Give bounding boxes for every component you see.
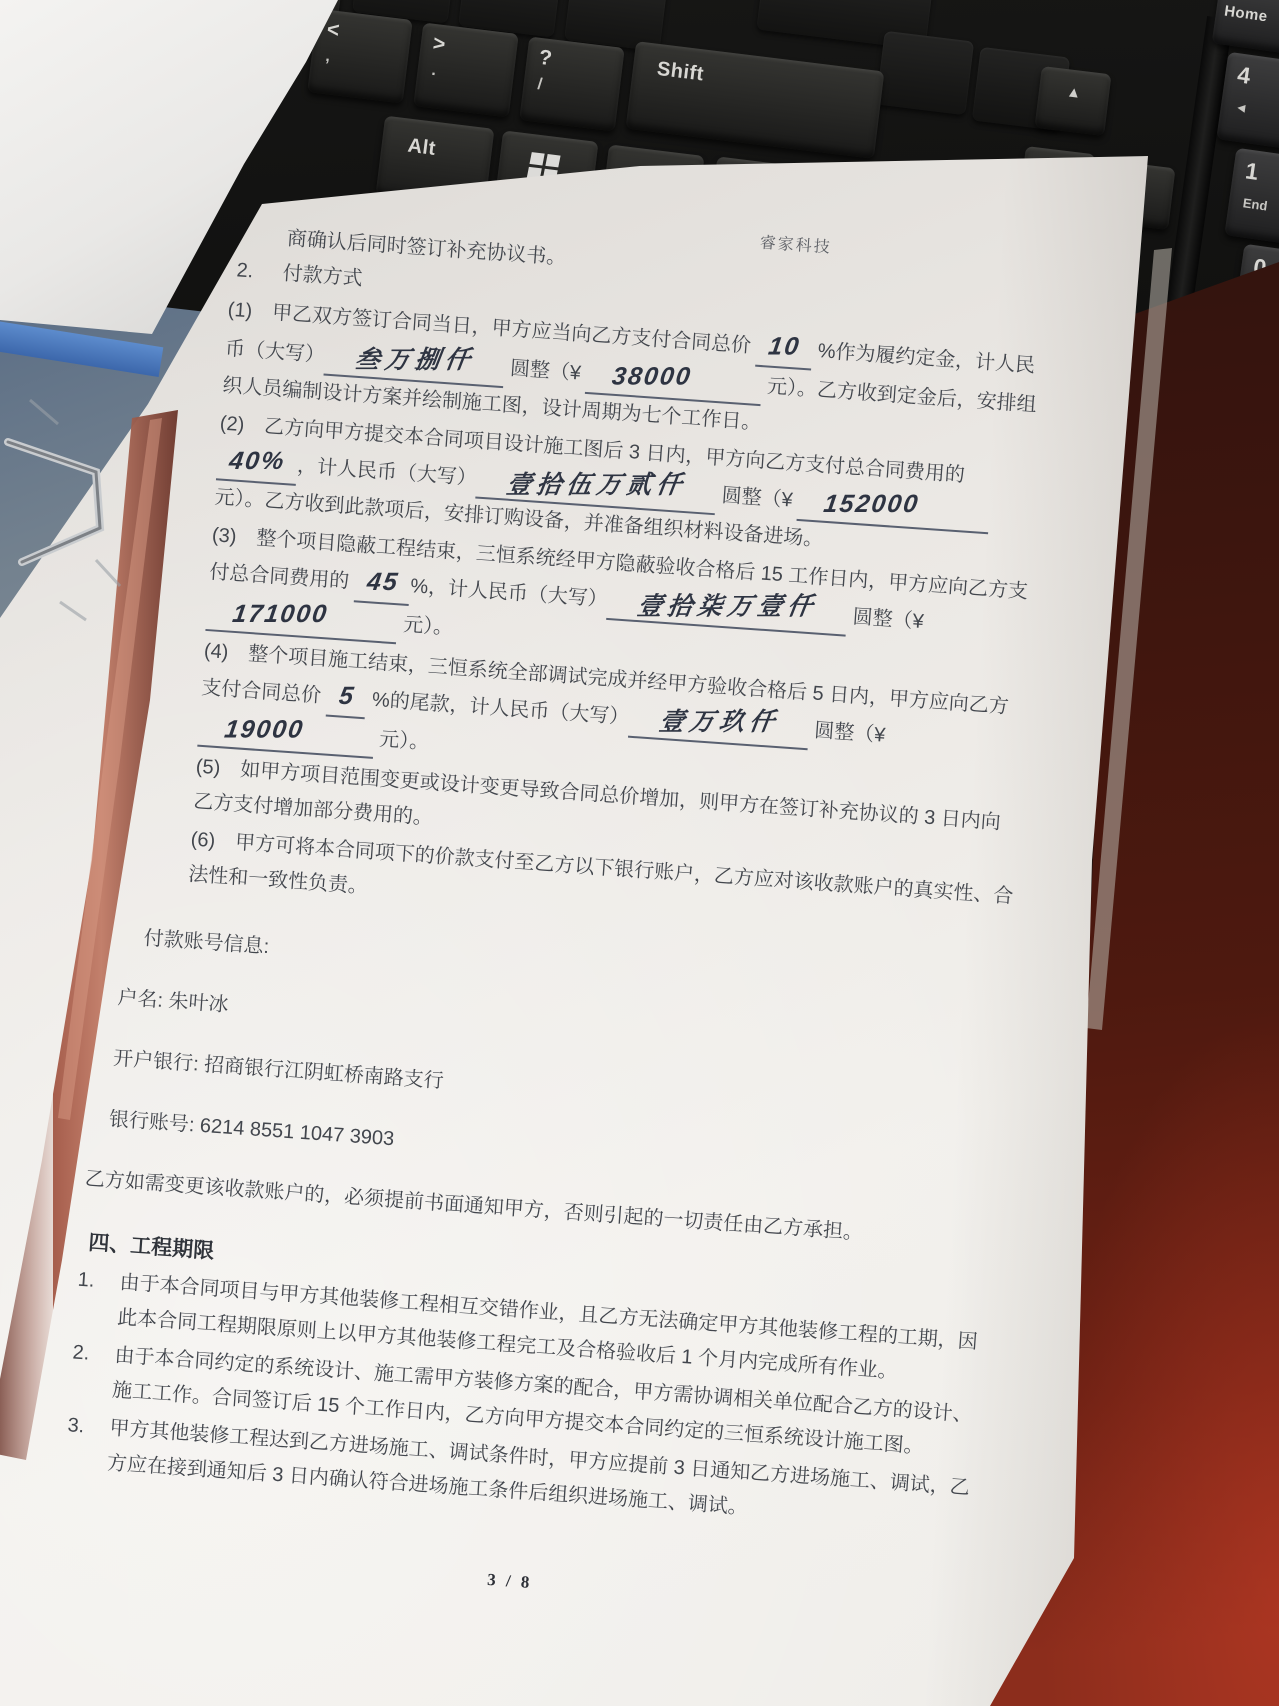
clause-marker: (6) bbox=[190, 828, 216, 852]
handwritten-value: 壹拾柒万壹仟 bbox=[606, 581, 848, 637]
clause-marker: (1) bbox=[227, 299, 253, 323]
clause-marker: (4) bbox=[203, 640, 229, 664]
handwritten-value: 40% bbox=[216, 441, 299, 485]
keyboard-key-blank bbox=[876, 31, 974, 115]
key-slash: ? / bbox=[519, 36, 625, 131]
clause-marker: 1. bbox=[77, 1263, 121, 1301]
key-period-label: > bbox=[431, 32, 447, 57]
account-lines: 户名: 朱叶冰开户银行: 招商银行江阴虹桥南路支行银行账号: 6214 8551… bbox=[84, 979, 1005, 1199]
numpad-4-label: 4 bbox=[1236, 61, 1253, 90]
handwritten-value: 10 bbox=[755, 328, 813, 371]
key-slash-sublabel: / bbox=[537, 76, 544, 94]
clause-marker: 3. bbox=[66, 1408, 110, 1446]
payment-section-number: 2. bbox=[236, 259, 254, 282]
numpad-home-label: Home bbox=[1223, 3, 1269, 26]
numpad-4-sublabel: ◄ bbox=[1234, 99, 1249, 116]
key-alt-label: Alt bbox=[406, 135, 437, 161]
key-arrow-up: ▲ bbox=[1034, 66, 1111, 136]
arrow-up-icon: ▲ bbox=[1038, 80, 1110, 105]
key-period: > . bbox=[413, 22, 519, 117]
key-slash-label: ? bbox=[537, 46, 553, 71]
clause-marker: (3) bbox=[211, 524, 237, 548]
key-period-sublabel: . bbox=[431, 62, 438, 80]
handwritten-value: 45 bbox=[353, 563, 411, 606]
handwritten-value: 壹万玖仟 bbox=[628, 699, 810, 750]
numpad-1-label: 1 bbox=[1244, 157, 1261, 186]
handwritten-value: 叁万捌仟 bbox=[323, 337, 505, 388]
clause-marker: (5) bbox=[195, 756, 221, 780]
key-comma-sublabel: , bbox=[325, 48, 332, 66]
payment-items: (1)甲乙双方签订合同当日，甲方应当向乙方支付合同总价 10 %作为履约定金，计… bbox=[101, 285, 1053, 950]
key-shift-label: Shift bbox=[656, 58, 705, 87]
numpad-1-sublabel: End bbox=[1242, 195, 1268, 213]
desk-photo: { "document": { "header": "睿家科技", "conti… bbox=[0, 0, 1279, 1706]
handwritten-value: 壹拾伍万贰仟 bbox=[475, 460, 717, 516]
pen-scribbles bbox=[30, 400, 120, 620]
clause-marker: 2. bbox=[71, 1335, 115, 1373]
key-shift: Shift bbox=[626, 41, 885, 159]
numpad-key-4: 4 ◄ bbox=[1216, 52, 1279, 153]
numpad-key-1: 1 End bbox=[1224, 148, 1279, 249]
contract-text: 睿家科技 商确认后同时签订补充协议书。 2. 付款方式 (1)甲乙双方签订合同当… bbox=[54, 190, 1060, 1630]
payment-section-title: 付款方式 bbox=[282, 262, 363, 290]
key-comma-label: < bbox=[325, 18, 341, 43]
handwritten-value: 38000 bbox=[585, 355, 763, 406]
handwritten-value: 152000 bbox=[797, 482, 991, 534]
handwritten-value: 5 bbox=[325, 678, 368, 720]
clause-marker: (2) bbox=[219, 412, 245, 436]
